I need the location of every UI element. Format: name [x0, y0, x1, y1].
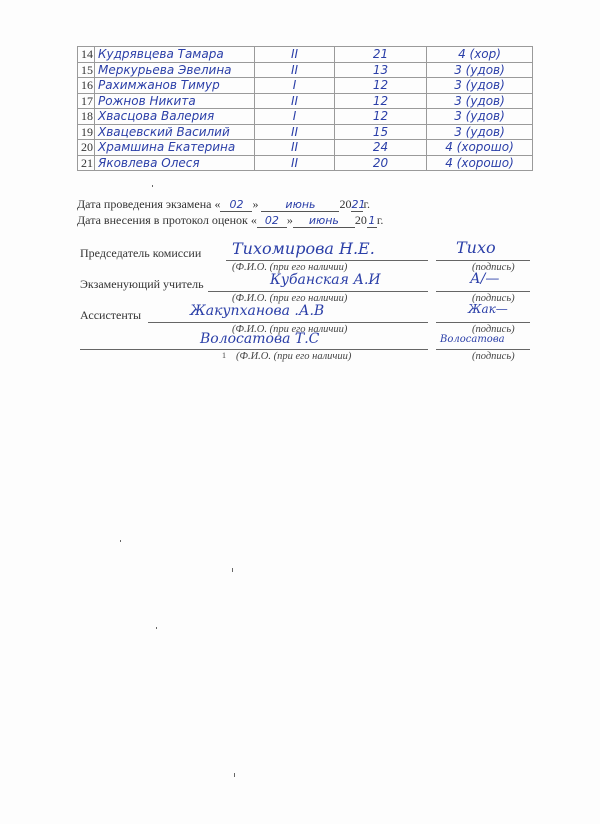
assistant2-name: Волосатова Т.С [200, 331, 319, 347]
student-name: Хвацевский Василий [95, 124, 255, 140]
score-cell: 15 [335, 124, 427, 140]
table-row: 21Яковлева ОлесяII204 (хорошо) [78, 155, 533, 171]
variant-cell: II [255, 47, 335, 63]
variant-cell: II [255, 93, 335, 109]
grade-cell: 3 (удов) [427, 93, 533, 109]
row-number: 20 [78, 140, 95, 156]
scan-speck [152, 185, 153, 187]
chair-signature: Тихо [456, 238, 496, 257]
scan-speck [234, 773, 235, 777]
assistant1-name: Жакупханова .А.В [190, 303, 324, 319]
assistant1-signature: Жак— [468, 302, 508, 316]
examiner-name: Кубанская А.И [270, 272, 381, 288]
score-cell: 20 [335, 155, 427, 171]
assistant2-name-line [80, 349, 428, 350]
variant-cell: II [255, 140, 335, 156]
table-row: 19Хвацевский ВасилийII153 (удов) [78, 124, 533, 140]
scan-speck [120, 540, 121, 542]
scan-speck [232, 568, 233, 572]
exam-date-line: Дата проведения экзамена «02» июнь2021г. [77, 197, 370, 212]
grade-cell: 3 (удов) [427, 78, 533, 94]
variant-cell: I [255, 109, 335, 125]
scanned-page: 14Кудрявцева ТамараII214 (хор)15Меркурье… [0, 0, 600, 824]
score-cell: 24 [335, 140, 427, 156]
row-number: 19 [78, 124, 95, 140]
protocol-day: 02 [257, 215, 287, 228]
assistant2-signature: Волосатова [440, 334, 505, 345]
variant-cell: II [255, 124, 335, 140]
student-name: Храмшина Екатерина [95, 140, 255, 156]
row-number: 14 [78, 47, 95, 63]
protocol-month: июнь [293, 215, 355, 228]
examiner-signature: А/— [470, 271, 499, 287]
assistant2-sign-line [436, 349, 530, 350]
exam-month: июнь [261, 199, 339, 212]
student-name: Меркурьева Эвелина [95, 62, 255, 78]
table-row: 15Меркурьева ЭвелинаII133 (удов) [78, 62, 533, 78]
student-name: Рожнов Никита [95, 93, 255, 109]
student-name: Кудрявцева Тамара [95, 47, 255, 63]
chair-sign-line [436, 260, 530, 261]
variant-cell: I [255, 78, 335, 94]
row-number: 15 [78, 62, 95, 78]
student-name: Рахимжанов Тимур [95, 78, 255, 94]
grade-cell: 3 (удов) [427, 124, 533, 140]
variant-cell: II [255, 62, 335, 78]
footnote-mark: 1 [222, 351, 226, 360]
table-row: 16Рахимжанов ТимурI123 (удов) [78, 78, 533, 94]
score-cell: 12 [335, 78, 427, 94]
examiner-name-line [208, 291, 428, 292]
sign-caption: (подпись) [472, 351, 515, 362]
examiner-sign-line [436, 291, 530, 292]
table-row: 17Рожнов НикитаII123 (удов) [78, 93, 533, 109]
chair-label: Председатель комиссии [80, 246, 201, 261]
exam-year: 21 [351, 199, 363, 212]
table-row: 18Хвасцова ВалерияI123 (удов) [78, 109, 533, 125]
chair-name: Тихомирова Н.Е. [232, 239, 375, 258]
grade-cell: 4 (хор) [427, 47, 533, 63]
scan-speck [156, 627, 157, 629]
exam-day: 02 [220, 199, 252, 212]
assistant1-name-line [148, 322, 428, 323]
results-table: 14Кудрявцева ТамараII214 (хор)15Меркурье… [77, 46, 533, 171]
examiner-label: Экзаменующий учитель [80, 277, 204, 292]
grade-cell: 4 (хорошо) [427, 155, 533, 171]
score-cell: 21 [335, 47, 427, 63]
chair-name-line [226, 260, 428, 261]
assistants-label: Ассистенты [80, 308, 141, 323]
score-cell: 12 [335, 93, 427, 109]
protocol-date-line: Дата внесения в протокол оценок «02»июнь… [77, 213, 383, 228]
score-cell: 13 [335, 62, 427, 78]
grade-cell: 3 (удов) [427, 62, 533, 78]
protocol-year: 1 [367, 215, 377, 228]
row-number: 21 [78, 155, 95, 171]
assistant1-sign-line [436, 322, 530, 323]
variant-cell: II [255, 155, 335, 171]
row-number: 18 [78, 109, 95, 125]
student-name: Яковлева Олеся [95, 155, 255, 171]
fio-caption: (Ф.И.О. (при его наличии) [236, 351, 351, 362]
row-number: 17 [78, 93, 95, 109]
grade-cell: 4 (хорошо) [427, 140, 533, 156]
row-number: 16 [78, 78, 95, 94]
grade-cell: 3 (удов) [427, 109, 533, 125]
table-row: 20Храмшина ЕкатеринаII244 (хорошо) [78, 140, 533, 156]
score-cell: 12 [335, 109, 427, 125]
student-name: Хвасцова Валерия [95, 109, 255, 125]
table-row: 14Кудрявцева ТамараII214 (хор) [78, 47, 533, 63]
